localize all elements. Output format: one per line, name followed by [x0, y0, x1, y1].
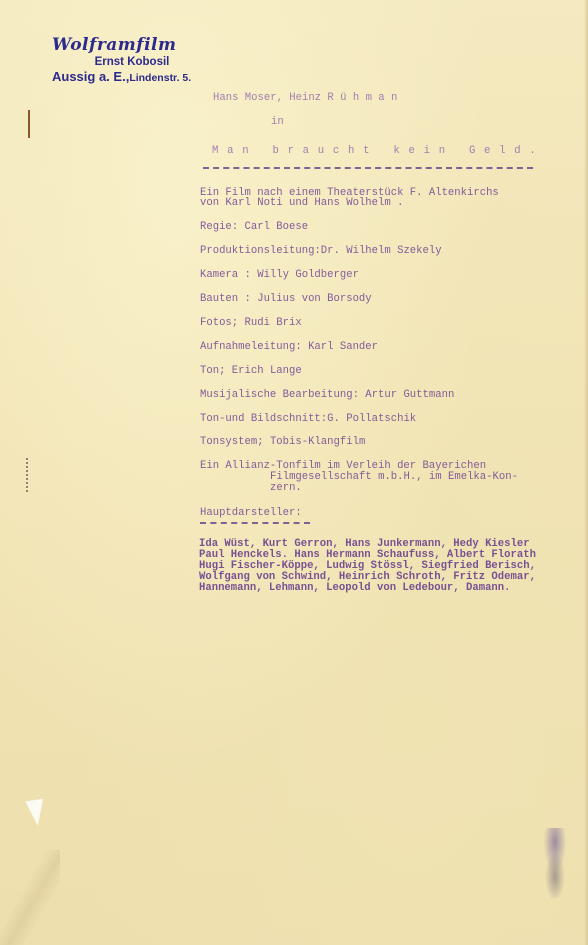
- starring-line: Hans Moser, Heinz R ü h m a n: [213, 93, 397, 103]
- credit-schnitt: Ton-und Bildschnitt:G. Pollatschik: [200, 414, 416, 424]
- company-name: Wolframfilm: [52, 36, 212, 54]
- credit-aufnahmeleitung: Aufnahmeleitung: Karl Sander: [200, 342, 378, 352]
- credit-label: Kamera :: [200, 269, 251, 281]
- credit-musik: Musijalische Bearbeitung: Artur Guttmann: [200, 390, 454, 400]
- credit-label: Musijalische Bearbeitung:: [200, 389, 359, 401]
- credit-value: Carl Boese: [245, 221, 309, 233]
- cast-line-4: Wolfgang von Schwind, Heinrich Schroth, …: [199, 572, 536, 582]
- credit-value: Rudi Brix: [245, 317, 302, 329]
- credit-label: Regie:: [200, 221, 238, 233]
- credit-label: Bauten :: [200, 293, 251, 305]
- cast-line-3: Hugi Fischer-Köppe, Ludwig Stössl, Siegf…: [199, 561, 536, 571]
- credit-label: Aufnahmeleitung:: [200, 341, 302, 353]
- distribution-line-3: zern.: [270, 483, 302, 493]
- credit-value: Tobis-Klangfilm: [270, 436, 365, 448]
- credit-label: Ton;: [200, 365, 225, 377]
- credit-label: Produktionsleitung:: [200, 245, 321, 257]
- paper-sheet: Wolframfilm Ernst Kobosil Aussig a. E.,L…: [0, 0, 588, 945]
- credit-value: Erich Lange: [232, 365, 302, 377]
- credit-value: Artur Guttmann: [365, 389, 454, 401]
- paper-crease: [0, 850, 60, 945]
- paper-edge: [584, 0, 588, 945]
- credit-regie: Regie: Carl Boese: [200, 222, 308, 232]
- distribution-line-2: Filmgesellschaft m.b.H., im Emelka-Kon-: [270, 472, 518, 482]
- intro-line-2: von Karl Noti und Hans Wolhelm .: [200, 198, 403, 208]
- credit-kamera: Kamera : Willy Goldberger: [200, 270, 359, 280]
- credit-value: Karl Sander: [308, 341, 378, 353]
- credit-fotos: Fotos; Rudi Brix: [200, 318, 302, 328]
- cast-heading: Hauptdarsteller:: [200, 508, 302, 518]
- paper-tear: [25, 799, 46, 827]
- credit-value: Willy Goldberger: [257, 269, 359, 281]
- ink-smudge: [535, 828, 575, 898]
- company-address: Aussig a. E.,Lindenstr. 5.: [52, 69, 212, 86]
- credit-bauten: Bauten : Julius von Borsody: [200, 294, 372, 304]
- credit-value: Dr. Wilhelm Szekely: [321, 245, 442, 257]
- address-street: Lindenstr. 5.: [129, 72, 191, 84]
- credit-produktionsleitung: Produktionsleitung:Dr. Wilhelm Szekely: [200, 246, 442, 256]
- company-owner: Ernst Kobosil: [52, 55, 212, 69]
- letterhead-stamp: Wolframfilm Ernst Kobosil Aussig a. E.,L…: [52, 36, 212, 86]
- cast-line-5: Hannemann, Lehmann, Leopold von Ledebour…: [199, 583, 511, 593]
- film-title: M a n b r a u c h t k e i n G e l d .: [212, 146, 537, 156]
- credit-tonsystem: Tonsystem; Tobis-Klangfilm: [200, 437, 365, 447]
- credit-value: G. Pollatschik: [327, 413, 416, 425]
- credit-label: Ton-und Bildschnitt:: [200, 413, 327, 425]
- connector-in: in: [271, 117, 284, 127]
- cast-line-1: Ida Wüst, Kurt Gerron, Hans Junkermann, …: [199, 539, 530, 549]
- distribution-line-1: Ein Allianz-Tonfilm im Verleih der Bayer…: [200, 461, 486, 471]
- title-underline: [203, 167, 533, 169]
- credit-ton: Ton; Erich Lange: [200, 366, 302, 376]
- staple-mark: [28, 110, 30, 138]
- credit-label: Tonsystem;: [200, 436, 264, 448]
- cast-line-2: Paul Henckels. Hans Hermann Schaufuss, A…: [199, 550, 536, 560]
- credit-value: Julius von Borsody: [257, 293, 371, 305]
- cast-heading-underline: [200, 522, 310, 524]
- credit-label: Fotos;: [200, 317, 238, 329]
- address-city: Aussig a. E.,: [52, 69, 129, 84]
- margin-mark: [26, 458, 28, 492]
